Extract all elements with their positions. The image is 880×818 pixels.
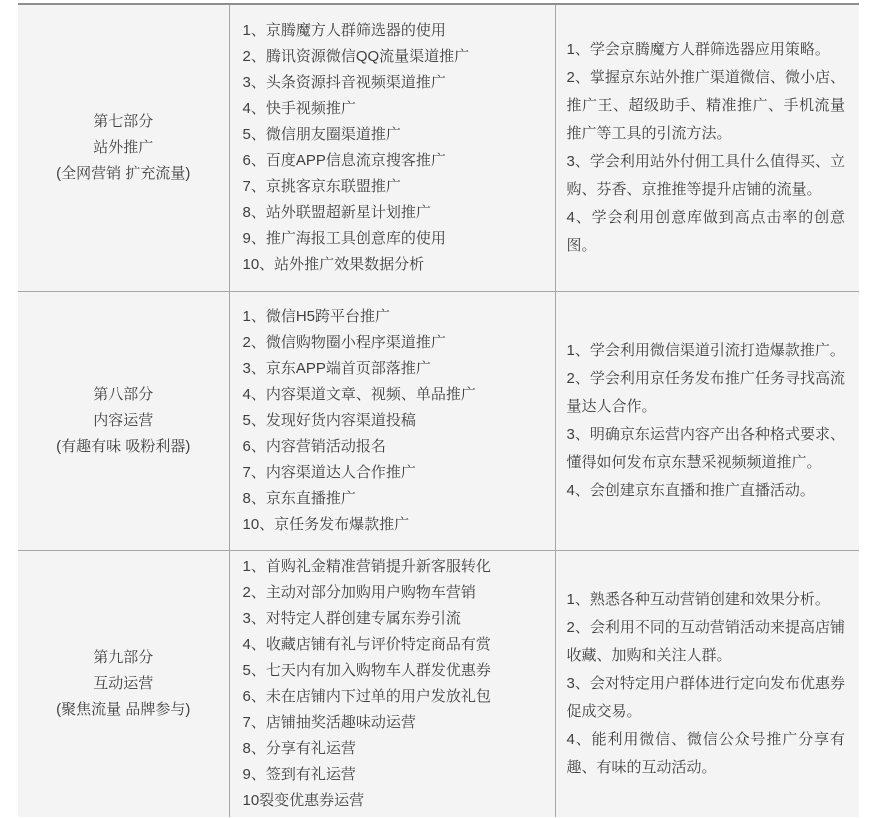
topics-list: 1、微信H5跨平台推广2、微信购物圈小程序渠道推广3、京东APP端首页部落推广4… (230, 304, 555, 538)
outcomes-cell-part9: 1、熟悉各种互动营销创建和效果分析。2、会利用不同的互动营销活动来提高店铺收藏、… (555, 550, 859, 817)
section-cell-part9: 第九部分互动运营(聚焦流量 品牌参与) (18, 550, 229, 817)
outcomes-cell-part7: 1、学会京腾魔方人群筛选器应用策略。2、掌握京东站外推广渠道微信、微小店、推广王… (555, 4, 859, 291)
section-title-line: 第七部分 (18, 109, 229, 135)
topic-item: 1、微信H5跨平台推广 (243, 304, 555, 330)
outcome-item: 3、学会利用站外付佣工具什么值得买、立购、芬香、京推推等提升店铺的流量。 (567, 148, 846, 204)
outcome-item: 1、学会利用微信渠道引流打造爆款推广。 (567, 337, 846, 365)
topic-item: 6、未在店铺内下过单的用户发放礼包 (243, 684, 555, 710)
topics-cell-part8: 1、微信H5跨平台推广2、微信购物圈小程序渠道推广3、京东APP端首页部落推广4… (229, 291, 555, 550)
topic-item: 8、分享有礼运营 (243, 736, 555, 762)
outcomes-cell-part8: 1、学会利用微信渠道引流打造爆款推广。2、学会利用京任务发布推广任务寻找高流量达… (555, 291, 859, 550)
course-syllabus-table: 第七部分站外推广(全网营销 扩充流量) 1、京腾魔方人群筛选器的使用2、腾讯资源… (18, 3, 859, 817)
section-title: 第九部分互动运营(聚焦流量 品牌参与) (18, 645, 229, 723)
topic-item: 3、头条资源抖音视频渠道推广 (243, 70, 555, 96)
outcome-item: 1、学会京腾魔方人群筛选器应用策略。 (567, 36, 846, 64)
outcome-item: 1、熟悉各种互动营销创建和效果分析。 (567, 586, 846, 614)
topic-item: 8、站外联盟超新星计划推广 (243, 200, 555, 226)
topics-list: 1、首购礼金精准营销提升新客服转化2、主动对部分加购用户购物车营销3、对特定人群… (230, 554, 555, 814)
topic-item: 2、主动对部分加购用户购物车营销 (243, 580, 555, 606)
topic-item: 3、京东APP端首页部落推广 (243, 356, 555, 382)
topics-cell-part9: 1、首购礼金精准营销提升新客服转化2、主动对部分加购用户购物车营销3、对特定人群… (229, 550, 555, 817)
section-title-line: 第九部分 (18, 645, 229, 671)
topic-item: 6、百度APP信息流京搜客推广 (243, 148, 555, 174)
outcomes-list: 1、熟悉各种互动营销创建和效果分析。2、会利用不同的互动营销活动来提高店铺收藏、… (556, 586, 860, 782)
topics-cell-part7: 1、京腾魔方人群筛选器的使用2、腾讯资源微信QQ流量渠道推广3、头条资源抖音视频… (229, 4, 555, 291)
topic-item: 4、内容渠道文章、视频、单品推广 (243, 382, 555, 408)
section-cell-part7: 第七部分站外推广(全网营销 扩充流量) (18, 4, 229, 291)
syllabus-row-part7: 第七部分站外推广(全网营销 扩充流量) 1、京腾魔方人群筛选器的使用2、腾讯资源… (18, 4, 859, 291)
topic-item: 2、微信购物圈小程序渠道推广 (243, 330, 555, 356)
topic-item: 4、收藏店铺有礼与评价特定商品有赏 (243, 632, 555, 658)
syllabus-row-part9: 第九部分互动运营(聚焦流量 品牌参与) 1、首购礼金精准营销提升新客服转化2、主… (18, 550, 859, 817)
topic-item: 7、店铺抽奖活趣味动运营 (243, 710, 555, 736)
topic-item: 9、推广海报工具创意库的使用 (243, 226, 555, 252)
section-title-line: 站外推广 (18, 135, 229, 161)
topic-item: 5、微信朋友圈渠道推广 (243, 122, 555, 148)
outcome-item: 4、学会利用创意库做到高点击率的创意图。 (567, 204, 846, 260)
outcome-item: 4、会创建京东直播和推广直播活动。 (567, 477, 846, 505)
topic-item: 7、京挑客京东联盟推广 (243, 174, 555, 200)
section-title: 第七部分站外推广(全网营销 扩充流量) (18, 109, 229, 187)
outcome-item: 2、掌握京东站外推广渠道微信、微小店、推广王、超级助手、精准推广、手机流量推广等… (567, 64, 846, 148)
section-title-line: (有趣有味 吸粉利器) (18, 434, 229, 460)
syllabus-row-part8: 第八部分内容运营(有趣有味 吸粉利器) 1、微信H5跨平台推广2、微信购物圈小程… (18, 291, 859, 550)
outcome-item: 2、学会利用京任务发布推广任务寻找高流量达人合作。 (567, 365, 846, 421)
topic-item: 6、内容营销活动报名 (243, 434, 555, 460)
topic-item: 10、京任务发布爆款推广 (243, 512, 555, 538)
outcome-item: 3、会对特定用户群体进行定向发布优惠券促成交易。 (567, 670, 846, 726)
section-title-line: (聚焦流量 品牌参与) (18, 697, 229, 723)
section-title-line: 内容运营 (18, 408, 229, 434)
topic-item: 1、首购礼金精准营销提升新客服转化 (243, 554, 555, 580)
section-title: 第八部分内容运营(有趣有味 吸粉利器) (18, 382, 229, 460)
outcome-item: 4、能利用微信、微信公众号推广分享有趣、有味的互动活动。 (567, 726, 846, 782)
topic-item: 10裂变优惠券运营 (243, 788, 555, 814)
topic-item: 9、签到有礼运营 (243, 762, 555, 788)
topic-item: 4、快手视频推广 (243, 96, 555, 122)
section-title-line: 互动运营 (18, 671, 229, 697)
section-cell-part8: 第八部分内容运营(有趣有味 吸粉利器) (18, 291, 229, 550)
topic-item: 5、发现好货内容渠道投稿 (243, 408, 555, 434)
topic-item: 1、京腾魔方人群筛选器的使用 (243, 18, 555, 44)
topics-list: 1、京腾魔方人群筛选器的使用2、腾讯资源微信QQ流量渠道推广3、头条资源抖音视频… (230, 18, 555, 278)
outcome-item: 3、明确京东运营内容产出各种格式要求、懂得如何发布京东慧采视频频道推广。 (567, 421, 846, 477)
outcomes-list: 1、学会利用微信渠道引流打造爆款推广。2、学会利用京任务发布推广任务寻找高流量达… (556, 337, 860, 505)
outcomes-list: 1、学会京腾魔方人群筛选器应用策略。2、掌握京东站外推广渠道微信、微小店、推广王… (556, 36, 860, 260)
outcome-item: 2、会利用不同的互动营销活动来提高店铺收藏、加购和关注人群。 (567, 614, 846, 670)
topic-item: 2、腾讯资源微信QQ流量渠道推广 (243, 44, 555, 70)
section-title-line: (全网营销 扩充流量) (18, 161, 229, 187)
section-title-line: 第八部分 (18, 382, 229, 408)
topic-item: 7、内容渠道达人合作推广 (243, 460, 555, 486)
topic-item: 8、京东直播推广 (243, 486, 555, 512)
topic-item: 3、对特定人群创建专属东券引流 (243, 606, 555, 632)
topic-item: 10、站外推广效果数据分析 (243, 252, 555, 278)
topic-item: 5、七天内有加入购物车人群发优惠券 (243, 658, 555, 684)
